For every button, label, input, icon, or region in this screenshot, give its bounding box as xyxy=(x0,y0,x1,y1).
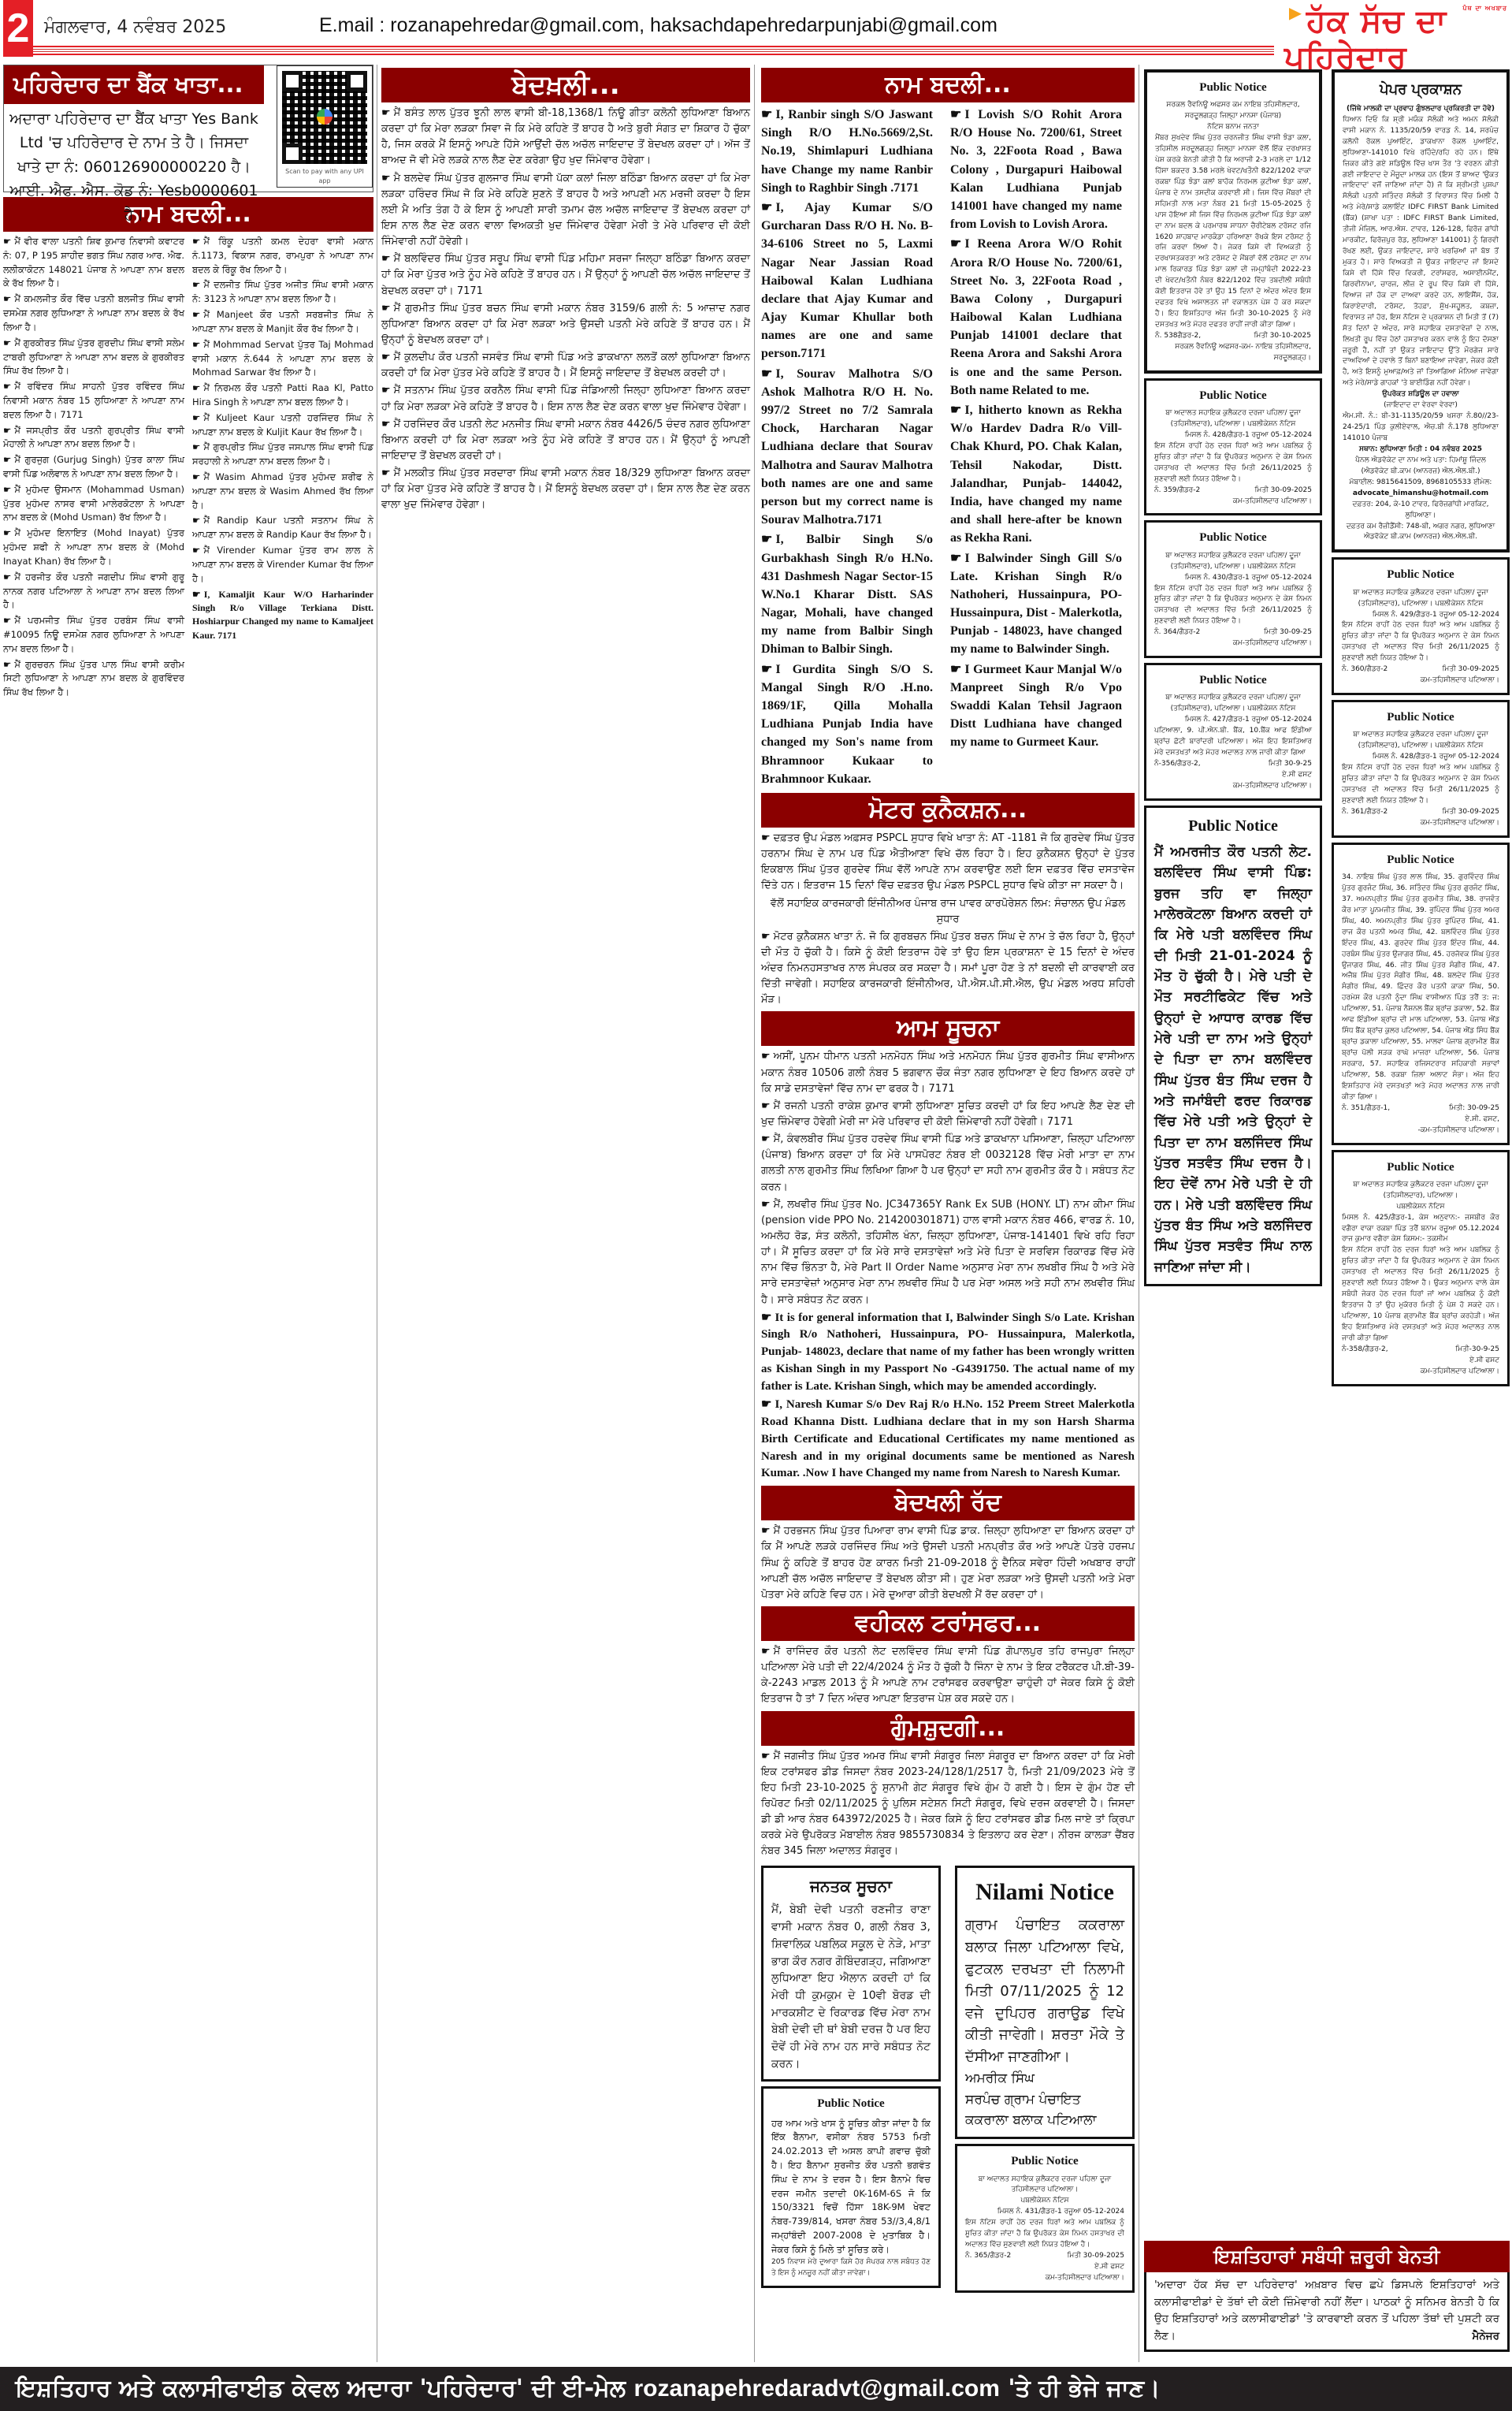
pointing-hand-icon: ☛ xyxy=(192,412,200,423)
list-item: ☛ਦਫ਼ਤਰ ਉਪ ਮੰਡਲ ਅਫ਼ਸਰ PSPCL ਸੁਧਾਰ ਵਿਖੇ ਖਾ… xyxy=(761,831,1135,895)
pointing-hand-icon: ☛ xyxy=(761,1751,771,1762)
section-heading-missing: ਗੁੰਮਸ਼ੁਦਗੀ... xyxy=(761,1711,1135,1746)
pointing-hand-icon: ☛ xyxy=(950,663,961,676)
pointing-hand-icon: ☛ xyxy=(3,527,11,538)
disclaimer-signature: ਮੈਨੇਜਰ xyxy=(1472,2328,1499,2346)
list-item: ☛ਮੈਂ ਹਰਜਿੰਦਰ ਕੌਰ ਪਤਨੀ ਲੇਟ ਮਨਜੀਤ ਸਿੰਘ ਵਾਸ… xyxy=(381,417,750,464)
footer-text: ਇਸ਼ਤਿਹਾਰ ਅਤੇ ਕਲਾਸੀਫਾਈਡ ਕੇਵਲ ਅਦਾਰਾ 'ਪਹਿਰੇ… xyxy=(16,2375,626,2402)
public-notice-court-a: Public Notice ਬਾ ਅਦਾਲਤ ਸਹਾਇਕ ਕੁਲੈਕਟਰ ਦਰਜ… xyxy=(1144,378,1322,516)
list-item: ☛ਮੈਂ Mohmmad Servat ਪੁੱਤਰ Taj Mohmad ਵਾਸ… xyxy=(192,338,373,380)
notices-section: ਨਾਮ ਬਦਲੀ... ☛I, Ranbir singh S/O Jaswant… xyxy=(761,65,1135,2298)
footer-banner: ਇਸ਼ਤਿਹਾਰ ਅਤੇ ਕਲਾਸੀਫਾਈਡ ਕੇਵਲ ਅਦਾਰਾ 'ਪਹਿਰੇ… xyxy=(0,2367,1512,2411)
list-item: ☛ਮੈਂ ਰਾਜਿੰਦਰ ਕੌਰ ਪਤਨੀ ਲੇਟ ਦਲਵਿੰਦਰ ਸਿੰਘ ਵ… xyxy=(761,1644,1135,1708)
pointing-hand-icon: ☛ xyxy=(192,589,201,600)
list-item: ☛ਮੈਂ ਮਲਕੀਤ ਸਿੰਘ ਪੁੱਤਰ ਸਰਦਾਰਾ ਸਿੰਘ ਵਾਸੀ ਮ… xyxy=(381,466,750,513)
pointing-hand-icon: ☛ xyxy=(3,425,11,436)
public-notice-court-b: Public Notice ਬਾ ਅਦਾਲਤ ਸਹਾਇਕ ਕੁਲੈਕਟਰ ਦਰਜ… xyxy=(1144,520,1322,658)
pointing-hand-icon: ☛ xyxy=(3,615,11,626)
advocate-email-link[interactable]: advocate_himanshu@hotmail.com xyxy=(1343,489,1499,500)
list-item: ☛ਮੈਂ ਮੁਹੰਮਦ ਉਸਮਾਨ (Mohammad Usman) ਪੁੱਤਰ… xyxy=(3,483,184,525)
list-item: ☛ਮੈਂ Manjeet ਕੌਰ ਪਤਨੀ ਸਰਬਜੀਤ ਸਿੰਘ ਨੇ ਆਪਣ… xyxy=(192,308,373,337)
list-item: ☛ਮੈ ਬਲਦੇਵ ਸਿੰਘ ਪੁੱਤਰ ਗੁਲਜਾਰ ਸਿੰਘ ਵਾਸੀ ਪੱ… xyxy=(381,171,750,251)
left-section: ਪਹਿਰੇਦਾਰ ਦਾ ਬੈਂਕ ਖਾਤਾ... ਅਦਾਰਾ ਪਹਿਰੇਦਾਰ … xyxy=(3,65,373,701)
upi-qr-code[interactable]: Scan to pay with any UPI app xyxy=(277,65,373,188)
list-item: ☛I, Ajay Kumar S/O Gurcharan Dass R/O H.… xyxy=(761,199,933,363)
footer-suffix: 'ਤੇ ਹੀ ਭੇਜੇ ਜਾਣ। xyxy=(1008,2375,1160,2402)
list-item: ☛ਮੈਂ ਗੁਰਪ੍ਰੀਤ ਸਿੰਘ ਪੁੱਤਰ ਜਸਪਾਲ ਸਿੰਘ ਵਾਸੀ… xyxy=(192,441,373,469)
pointing-hand-icon: ☛ xyxy=(761,931,771,943)
pointing-hand-icon: ☛ xyxy=(381,173,391,184)
gpay-icon xyxy=(317,109,332,125)
footer-email-link[interactable]: rozanapehredaradvt@gmail.com xyxy=(634,2376,1000,2402)
header-email[interactable]: E.mail : rozanapehredar@gmail.com, haksa… xyxy=(319,14,997,37)
list-item: ☛ਮੈਂ ਦਲਜੀਤ ਸਿੰਘ ਪੁੱਤਰ ਅਜੀਤ ਸਿੰਘ ਵਾਸੀ ਮਕਾ… xyxy=(192,278,373,307)
section-heading-motor-connection: ਮੋਟਰ ਕੁਨੈਕਸ਼ਨ... xyxy=(761,793,1135,828)
advertisement-disclaimer: ਇਸ਼ਤਿਹਾਰਾਂ ਸਬੰਧੀ ਜ਼ਰੂਰੀ ਬੇਨਤੀ 'ਅਦਾਰਾ ਹੱਕ… xyxy=(1144,2241,1510,2352)
list-item: ☛ਮੈਂ ਰਵਿੰਦਰ ਸਿੰਘ ਸਾਹਨੀ ਪੁੱਤਰ ਰਵਿੰਦਰ ਸਿੰਘ… xyxy=(3,380,184,422)
pointing-hand-icon: ☛ xyxy=(950,552,961,565)
column-divider xyxy=(377,65,377,2362)
page-number: 2 xyxy=(3,0,33,57)
pointing-hand-icon: ☛ xyxy=(761,1199,771,1211)
pointing-hand-icon: ☛ xyxy=(761,1646,771,1658)
list-item: ☛ਮੈਂ ਹਰਜੀਤ ਕੌਰ ਪਤਨੀ ਜਗਦੀਪ ਸਿੰਘ ਵਾਸੀ ਗੁਰੂ… xyxy=(3,571,184,612)
section-heading-vehicle-transfer: ਵਹੀਕਲ ਟਰਾਂਸਫਰ... xyxy=(761,1606,1135,1641)
pointing-hand-icon: ☛ xyxy=(192,309,200,320)
pointing-hand-icon: ☛ xyxy=(3,659,11,670)
list-item: ਵੱਲੋਂ ਸਹਾਇਕ ਕਾਰਜਕਾਰੀ ਇੰਜੀਨੀਅਰ ਪੰਜਾਬ ਰਾਜ … xyxy=(761,896,1135,928)
name-change-list-a: ☛ਮੈਂ ਵੀਰ ਵਾਲਾ ਪਤਨੀ ਸ਼ਿਵ ਕੁਮਾਰ ਨਿਵਾਸੀ ਕਵਾ… xyxy=(3,235,184,701)
list-item: ☛ਮੈਂ ਜਸਪ੍ਰੀਤ ਕੌਰ ਪਤਨੀ ਗੁਰਪ੍ਰੀਤ ਸਿੰਘ ਵਾਸੀ… xyxy=(3,424,184,452)
logo-tagline: ਪੰਥ ਦਾ ਅਖਬਾਰ xyxy=(1462,5,1507,13)
pointing-hand-icon: ☛ xyxy=(192,236,200,247)
list-item: ☛I, Kamaljit Kaur W/O Harharinder Singh … xyxy=(192,588,373,643)
public-notice-sardulgarh: Public Notice ਸਰਕਲ ਰੈਵਨਿਊ ਅਫਸਰ ਕਮ ਨਾਇਬ ਤ… xyxy=(1144,69,1322,374)
name-change-list-b: ☛ਮੈਂ ਰਿੰਕੂ ਪਤਨੀ ਕਮਲ ਦੇਹਰਾ ਵਾਸੀ ਮਕਾਨ ਨੰ.1… xyxy=(192,235,373,701)
eviction-section: ਬੇਦਖ਼ਲੀ... ☛ਮੈਂ ਬਸੰਤ ਲਾਲ ਪੁੱਤਰ ਝੂਨੀ ਲਾਲ … xyxy=(381,65,750,515)
public-notice-amarjit: Public Notice ਮੈਂ ਅਮਰਜੀਤ ਕੌਰ ਪਤਨੀ ਲੇਟ. ਬ… xyxy=(1144,806,1322,1286)
list-item: ☛ਮੈਂ ਗੁਰਚਰਨ ਸਿੰਘ ਪੁੱਤਰ ਪਾਲ ਸਿੰਘ ਵਾਸੀ ਕਰੀ… xyxy=(3,658,184,700)
pointing-hand-icon: ☛ xyxy=(761,1100,771,1112)
list-item: ☛I Gurdita Singh S/O S. Mangal Singh R/O… xyxy=(761,660,933,788)
pointing-hand-icon: ☛ xyxy=(761,367,772,381)
pointing-hand-icon: ☛ xyxy=(950,108,961,121)
list-item: ☛I Gurmeet Kaur Manjal W/o Manpreet Sing… xyxy=(950,660,1122,752)
public-notices-right: ਪੇਪਰ ਪ੍ਰਕਾਸ਼ਨ (ਜਿੱਥੇ ਮਾਲਕੀ ਦਾ ਪ੍ਰਵਾਹ ਗੁੰ… xyxy=(1332,65,1510,1391)
pointing-hand-icon: ☛ xyxy=(192,279,200,290)
list-item: ☛ਮੈਂ, ਲਖਵੀਰ ਸਿੰਘ ਪੁੱਤਰ No. JC347365Y Ran… xyxy=(761,1197,1135,1308)
pointing-hand-icon: ☛ xyxy=(761,1525,771,1537)
public-notice-janatak: ਜਨਤਕ ਸੂਚਨਾ ਮੈਂ, ਬੇਬੀ ਦੇਵੀ ਪਤਨੀ ਰਣਜੀਤ ਰਾਣ… xyxy=(761,1866,941,2082)
public-notices-left: Public Notice ਸਰਕਲ ਰੈਵਨਿਊ ਅਫਸਰ ਕਮ ਨਾਇਬ ਤ… xyxy=(1144,65,1322,1291)
list-item: ☛ਮੈਂ ਸਤਨਾਮ ਸਿੰਘ ਪੁੱਤਰ ਕਰਨੈਲ ਸਿੰਘ ਵਾਸੀ ਪਿ… xyxy=(381,383,750,415)
section-heading-general-notice: ਆਮ ਸੂਚਨਾ xyxy=(761,1011,1135,1046)
disclaimer-text: 'ਅਦਾਰਾ ਹੱਕ ਸੱਚ ਦਾ ਪਹਿਰੇਦਾਰ' ਅਖ਼ਬਾਰ ਵਿਚ ਛ… xyxy=(1154,2279,1499,2342)
pointing-hand-icon: ☛ xyxy=(3,484,11,495)
qr-caption: Scan to pay with any UPI app xyxy=(282,167,367,187)
public-notice-court-c: Public Notice ਬਾ ਅਦਾਲਤ ਸਹਾਇਕ ਕੁਲੈਕਟਰ ਦਰਜ… xyxy=(1144,663,1322,801)
pointing-hand-icon: ☛ xyxy=(761,1398,771,1411)
pointing-hand-icon: ☛ xyxy=(381,253,391,265)
list-item: ☛I Balwinder Singh Gill S/o Late. Krisha… xyxy=(950,549,1122,659)
pointing-hand-icon: ☛ xyxy=(192,339,200,350)
pointing-hand-icon: ☛ xyxy=(192,382,200,393)
list-item: ☛ਮੈਂ ਗੁਰਜੁਗ (Gurjug Singh) ਪੁੱਤਰ ਕਾਲਾ ਸਿ… xyxy=(3,453,184,482)
nilami-notice: Nilami Notice ਗ੍ਰਾਮ ਪੰਚਾਇਤ ਕਕਰਾਲਾ ਬਲਾਕ ਜ… xyxy=(955,1866,1135,2139)
list-item: ☛ਮੈਂ ਵੀਰ ਵਾਲਾ ਪਤਨੀ ਸ਼ਿਵ ਕੁਮਾਰ ਨਿਵਾਸੀ ਕਵਾ… xyxy=(3,235,184,291)
logo-flag-icon xyxy=(1289,8,1302,28)
pointing-hand-icon: ☛ xyxy=(192,515,200,526)
pointing-hand-icon: ☛ xyxy=(950,237,961,251)
section-heading-eviction-cancel: ਬੇਦਖਲੀ ਰੱਦ xyxy=(761,1486,1135,1520)
pointing-hand-icon: ☛ xyxy=(381,467,391,479)
column-divider xyxy=(1139,65,1139,2362)
pointing-hand-icon: ☛ xyxy=(3,571,11,582)
list-item: ☛ਮੈਂ ਹਰਭਜਨ ਸਿੰਘ ਪੁੱਤਰ ਪਿਆਰਾ ਰਾਮ ਵਾਸੀ ਪਿੰ… xyxy=(761,1524,1135,1603)
list-item: ☛I Reena Arora W/O Rohit Arora R/O House… xyxy=(950,235,1122,400)
list-item: ☛ਮੈਂ ਗੁਰਮੀਤ ਸਿੰਘ ਪੁੱਤਰ ਬਚਨ ਸਿੰਘ ਵਾਸੀ ਮਕਾ… xyxy=(381,301,750,348)
pointing-hand-icon: ☛ xyxy=(192,441,200,452)
section-heading-name-change-en: ਨਾਮ ਬਦਲੀ... xyxy=(761,68,1135,102)
bank-account-box: ਪਹਿਰੇਦਾਰ ਦਾ ਬੈਂਕ ਖਾਤਾ... ਅਦਾਰਾ ਪਹਿਰੇਦਾਰ … xyxy=(3,65,373,192)
pointing-hand-icon: ☛ xyxy=(192,471,200,482)
pointing-hand-icon: ☛ xyxy=(3,293,11,304)
pointing-hand-icon: ☛ xyxy=(761,1133,771,1145)
list-item: ☛ਮੈਂ Kuljeet Kaur ਪਤਨੀ ਹਰਜਿੰਦਰ ਸਿੰਘ ਨੇ ਆ… xyxy=(192,411,373,440)
list-item: ☛ਮੈਂ, ਕੰਵਲਬੀਰ ਸਿੰਘ ਪੁੱਤਰ ਹਰਦੇਵ ਸਿੰਘ ਵਾਸੀ… xyxy=(761,1132,1135,1196)
pointing-hand-icon: ☛ xyxy=(3,454,11,465)
list-item: ☛I, Sourav Malhotra S/O Ashok Malhotra R… xyxy=(761,365,933,530)
column-divider xyxy=(754,65,755,2362)
list-item: ☛ਮੈਂ ਕਮਲਜੀਤ ਕੌਰ ਵਿੱਚ ਪਤਨੀ ਬਲਜੀਤ ਸਿੰਘ ਵਾਸ… xyxy=(3,292,184,334)
pointing-hand-icon: ☛ xyxy=(761,832,771,844)
list-item: ☛ਮੈਂ ਬਸੰਤ ਲਾਲ ਪੁੱਤਰ ਝੂਨੀ ਲਾਲ ਵਾਸੀ ਬੀ-18,… xyxy=(381,106,750,169)
pointing-hand-icon: ☛ xyxy=(192,545,200,556)
section-heading-eviction: ਬੇਦਖ਼ਲੀ... xyxy=(381,68,750,102)
bank-box-title: ਪਹਿਰੇਦਾਰ ਦਾ ਬੈਂਕ ਖਾਤਾ... xyxy=(4,65,264,104)
list-item: ☛ਮੈਂ Virender Kumar ਪੁੱਤਰ ਰਾਮ ਲਾਲ ਨੇ ਆਪਣ… xyxy=(192,544,373,586)
list-item: ☛ਮੈਂ Randip Kaur ਪਤਨੀ ਸਤਨਾਮ ਸਿੰਘ ਨੇ ਆਪਣਾ… xyxy=(192,514,373,542)
public-notice-court-e: Public Notice ਬਾ ਅਦਾਲਤ ਸਹਾਇਕ ਕੁਲੈਕਟਰ ਦਰਜ… xyxy=(1332,700,1510,838)
bank-box-text: ਅਦਾਰਾ ਪਹਿਰੇਦਾਰ ਦਾ ਬੈਂਕ ਖਾਤਾ Yes Bank Ltd… xyxy=(4,104,264,230)
pointing-hand-icon: ☛ xyxy=(3,381,11,392)
list-item: ☛ਮੈਂ ਨਿਰਮਲ ਕੌਰ ਪਤਨੀ Patti Raa Kl, Patto … xyxy=(192,381,373,410)
public-notice-court: Public Notice ਬਾ ਅਦਾਲਤ ਸਹਾਇਕ ਕੁਲੈਕਟਰ ਦਰਜ… xyxy=(955,2144,1135,2293)
list-item: ☛ਮੈਂ ਬਲਵਿੰਦਰ ਸਿੰਘ ਪੁੱਤਰ ਸਰੂਪ ਸਿੰਘ ਵਾਸੀ ਪ… xyxy=(381,251,750,299)
list-item: ☛ਮੈਂ ਗੁਰਕੀਰਤ ਸਿੰਘ ਪੁੱਤਰ ਗੁਰਦੀਪ ਸਿੰਘ ਵਾਸੀ… xyxy=(3,337,184,378)
pointing-hand-icon: ☛ xyxy=(950,404,961,417)
list-item: ☛ਅਸੀਂ, ਪੂਨਮ ਧੀਮਾਨ ਪਤਨੀ ਮਨਮੋਹਨ ਸਿੰਘ ਅਤੇ ਮ… xyxy=(761,1049,1135,1096)
public-notice-court-f: Public Notice 34. ਨਾਇਬ ਸਿੰਘ ਪੁੱਤਰ ਲਾਲ ਸਿ… xyxy=(1332,843,1510,1145)
masthead: 2 ਮੰਗਲਵਾਰ, 4 ਨਵੰਬਰ 2025 E.mail : rozanap… xyxy=(0,0,1512,59)
pointing-hand-icon: ☛ xyxy=(761,201,772,214)
list-item: ☛I Lovish S/O Rohit Arora R/O House No. … xyxy=(950,106,1122,233)
public-notice-court-d: Public Notice ਬਾ ਅਦਾਲਤ ਸਹਾਇਕ ਕੁਲੈਕਟਰ ਦਰਜ… xyxy=(1332,557,1510,695)
pointing-hand-icon: ☛ xyxy=(381,352,391,363)
pointing-hand-icon: ☛ xyxy=(761,533,772,546)
pointing-hand-icon: ☛ xyxy=(381,385,391,396)
pointing-hand-icon: ☛ xyxy=(761,108,772,121)
list-item: ☛ਮੈਂ Wasim Ahmad ਪੁੱਤਰ ਮੁਹੰਮਦ ਸ਼ਰੀਫ ਨੇ ਆ… xyxy=(192,471,373,512)
paper-publication-notice: ਪੇਪਰ ਪ੍ਰਕਾਸ਼ਨ (ਜਿੱਥੇ ਮਾਲਕੀ ਦਾ ਪ੍ਰਵਾਹ ਗੁੰ… xyxy=(1332,69,1510,553)
list-item: ☛It is for general information that I, B… xyxy=(761,1310,1135,1396)
header-rule xyxy=(33,46,1274,57)
pointing-hand-icon: ☛ xyxy=(761,1051,771,1062)
name-change-en-list-a: ☛I, Ranbir singh S/O Jaswant Singh R/O H… xyxy=(761,106,933,790)
list-item: ☛ਮੈਂ ਰਜਨੀ ਪਤਨੀ ਰਾਕੇਸ਼ ਕੁਮਾਰ ਵਾਸੀ ਲੁਧਿਆਣਾ… xyxy=(761,1099,1135,1130)
qr-icon xyxy=(282,71,367,164)
list-item: ☛ਮੈਂ ਪਰਮਜੀਤ ਸਿੰਘ ਪੁੱਤਰ ਹਰਬੰਸ ਸਿੰਘ ਵਾਸੀ #… xyxy=(3,614,184,656)
list-item: ☛ਮੈਂ ਕੁਲਦੀਪ ਕੌਰ ਪਤਨੀ ਜਸਵੰਤ ਸਿੰਘ ਵਾਸੀ ਪਿੰ… xyxy=(381,350,750,381)
pointing-hand-icon: ☛ xyxy=(381,107,391,119)
list-item: ☛I, Ranbir singh S/O Jaswant Singh R/O H… xyxy=(761,106,933,197)
public-notice-court-g: Public Notice ਬਾ ਅਦਾਲਤ ਸਹਾਇਕ ਕੁਲੈਕਟਰ ਦਰਜ… xyxy=(1332,1150,1510,1386)
list-item: ☛ਮੈਂ ਜਗਜੀਤ ਸਿੰਘ ਪੁੱਤਰ ਅਮਰ ਸਿੰਘ ਵਾਸੀ ਸੰਗਰ… xyxy=(761,1749,1135,1860)
pointing-hand-icon: ☛ xyxy=(3,337,11,348)
list-item: ☛I, Naresh Kumar S/o Dev Raj R/o H.No. 1… xyxy=(761,1397,1135,1483)
list-item: ☛ਮੋਟਰ ਕੁਨੈਕਸ਼ਨ ਖਾਤਾ ਨੰ. ਜੋ ਕਿ ਗੁਰਬਚਨ ਸਿੰ… xyxy=(761,929,1135,1009)
name-change-en-list-b: ☛I Lovish S/O Rohit Arora R/O House No. … xyxy=(950,106,1122,790)
issue-date: ਮੰਗਲਵਾਰ, 4 ਨਵੰਬਰ 2025 xyxy=(44,17,226,37)
list-item: ☛I, hitherto known as Rekha W/o Hardev D… xyxy=(950,401,1122,548)
pointing-hand-icon: ☛ xyxy=(761,1312,771,1324)
pointing-hand-icon: ☛ xyxy=(381,303,391,314)
pointing-hand-icon: ☛ xyxy=(761,663,772,676)
list-item: ☛ਮੈਂ ਰਿੰਕੂ ਪਤਨੀ ਕਮਲ ਦੇਹਰਾ ਵਾਸੀ ਮਕਾਨ ਨੰ.1… xyxy=(192,235,373,277)
list-item: ☛I, Balbir Singh S/o Gurbakhash Singh R/… xyxy=(761,530,933,658)
disclaimer-title: ਇਸ਼ਤਿਹਾਰਾਂ ਸਬੰਧੀ ਜ਼ਰੂਰੀ ਬੇਨਤੀ xyxy=(1144,2241,1510,2272)
pointing-hand-icon: ☛ xyxy=(3,236,11,247)
pointing-hand-icon: ☛ xyxy=(381,419,391,430)
public-notice-deed: Public Notice ਹਰ ਆਮ ਅਤੇ ਖਾਸ ਨੂੰ ਸੂਚਿਤ ਕੀ… xyxy=(761,2086,941,2287)
list-item: ☛ਮੈਂ ਮੁਹੰਮਦ ਇਨਾਇਤ (Mohd Inayat) ਪੁੱਤਰ ਮੁ… xyxy=(3,526,184,568)
